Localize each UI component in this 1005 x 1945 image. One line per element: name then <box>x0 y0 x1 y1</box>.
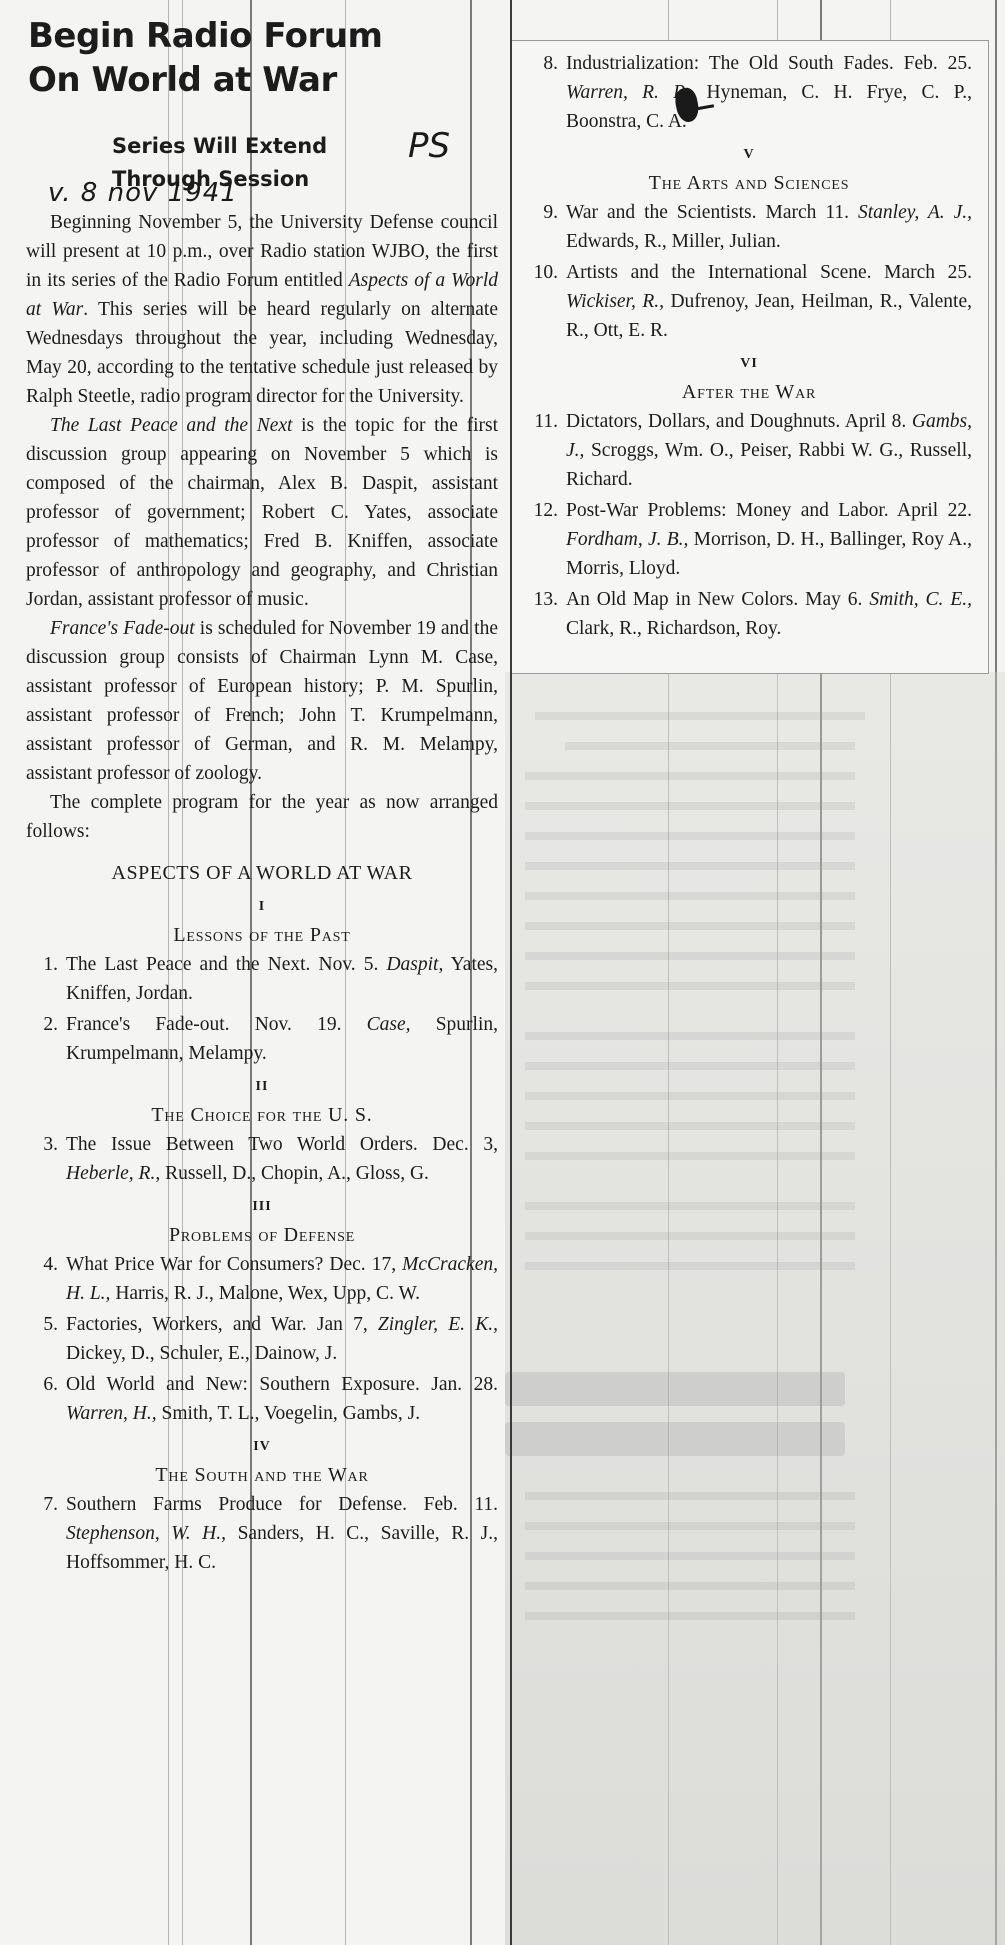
program-item-text: Factories, Workers, and War. Jan 7, Zing… <box>66 1310 498 1368</box>
article-clipping-right: 8.Industrialization: The Old South Fades… <box>512 40 989 674</box>
program-item-number: 9. <box>526 198 566 256</box>
section-numeral: IV <box>26 1434 498 1460</box>
text-run: . This series will be heard regularly on… <box>26 299 498 407</box>
italic-text: Wickiser, R., <box>566 291 664 312</box>
program-item-number: 11. <box>526 407 566 494</box>
article-paragraph: Beginning November 5, the University Def… <box>26 208 498 411</box>
program-item-text: France's Fade-out. Nov. 19. Case, Spurli… <box>66 1010 498 1068</box>
program-item: 11.Dictators, Dollars, and Doughnuts. Ap… <box>526 407 972 494</box>
italic-text: Smith, C. E., <box>869 589 972 610</box>
headline-line-2: On World at War <box>28 58 382 102</box>
text-run: Russell, D., Chopin, A., Gloss, G. <box>160 1163 429 1184</box>
program-item-number: 13. <box>526 585 566 643</box>
program-items: 8.Industrialization: The Old South Fades… <box>526 49 972 136</box>
section-title: The Choice for the U. S. <box>26 1100 498 1130</box>
italic-text: Warren, H., <box>66 1403 157 1424</box>
program-items: 4.What Price War for Consumers? Dec. 17,… <box>26 1250 498 1428</box>
program-item-number: 12. <box>526 496 566 583</box>
program-item-number: 8. <box>526 49 566 136</box>
text-run: War and the Scientists. March 11. <box>566 202 858 223</box>
text-run: Clark, R., Richardson, Roy. <box>566 618 781 639</box>
text-run: Dictators, Dollars, and Doughnuts. April… <box>566 411 912 432</box>
headline-line-1: Begin Radio Forum <box>28 14 382 58</box>
program-item-number: 4. <box>26 1250 66 1308</box>
program-item-number: 7. <box>26 1490 66 1577</box>
section-title: The Arts and Sciences <box>526 168 972 198</box>
program-section: IVThe South and the War7.Southern Farms … <box>26 1434 498 1577</box>
section-title: Problems of Defense <box>26 1220 498 1250</box>
program-item-text: War and the Scientists. March 11. Stanle… <box>566 198 972 256</box>
text-run: Industrialization: The Old South Fades. … <box>566 53 972 74</box>
program-list-left: ILessons of the Past1.The Last Peace and… <box>26 894 498 1577</box>
program-item-number: 10. <box>526 258 566 345</box>
italic-text: France's Fade-out <box>50 618 195 639</box>
program-item-number: 5. <box>26 1310 66 1368</box>
italic-text: Daspit, <box>386 954 443 975</box>
program-section: VThe Arts and Sciences9.War and the Scie… <box>526 142 972 345</box>
section-title: The South and the War <box>26 1460 498 1490</box>
program-item-text: Artists and the International Scene. Mar… <box>566 258 972 345</box>
program-item-text: Southern Farms Produce for Defense. Feb.… <box>66 1490 498 1577</box>
italic-text: The Last Peace and the Next <box>50 415 292 436</box>
headline: Begin Radio Forum On World at War <box>28 14 382 102</box>
program-item: 4.What Price War for Consumers? Dec. 17,… <box>26 1250 498 1308</box>
text-run: Harris, R. J., Malone, Wex, Upp, C. W. <box>110 1283 420 1304</box>
subhead-line-1: Series Will Extend <box>112 130 327 163</box>
section-numeral: III <box>26 1194 498 1220</box>
article-paragraph: France's Fade-out is scheduled for Novem… <box>26 614 498 788</box>
section-title: Lessons of the Past <box>26 920 498 950</box>
bleed-through-region <box>505 672 1005 1945</box>
program-item: 1.The Last Peace and the Next. Nov. 5. D… <box>26 950 498 1008</box>
program-item-number: 1. <box>26 950 66 1008</box>
article-paragraph: The Last Peace and the Next is the topic… <box>26 411 498 614</box>
article-paragraph: The complete program for the year as now… <box>26 788 498 846</box>
program-item-text: Industrialization: The Old South Fades. … <box>566 49 972 136</box>
section-numeral: I <box>26 894 498 920</box>
article-body: Beginning November 5, the University Def… <box>26 208 498 1579</box>
italic-text: Warren, R. P., <box>566 82 692 103</box>
program-items: 1.The Last Peace and the Next. Nov. 5. D… <box>26 950 498 1068</box>
program-item-text: The Issue Between Two World Orders. Dec.… <box>66 1130 498 1188</box>
program-section: IIThe Choice for the U. S.3.The Issue Be… <box>26 1074 498 1188</box>
program-item-number: 3. <box>26 1130 66 1188</box>
program-item: 7.Southern Farms Produce for Defense. Fe… <box>26 1490 498 1577</box>
program-item-text: An Old Map in New Colors. May 6. Smith, … <box>566 585 972 643</box>
program-item-text: What Price War for Consumers? Dec. 17, M… <box>66 1250 498 1308</box>
program-items: 3.The Issue Between Two World Orders. De… <box>26 1130 498 1188</box>
italic-text: Heberle, R., <box>66 1163 160 1184</box>
program-item-text: Post-War Problems: Money and Labor. Apri… <box>566 496 972 583</box>
program-items: 11.Dictators, Dollars, and Doughnuts. Ap… <box>526 407 972 643</box>
handwritten-annotation-ps: PS <box>408 126 450 166</box>
article-paragraphs: Beginning November 5, the University Def… <box>26 208 498 846</box>
text-run: The Issue Between Two World Orders. Dec.… <box>66 1134 498 1155</box>
text-run: What Price War for Consumers? Dec. 17, <box>66 1254 402 1275</box>
program-item: 6.Old World and New: Southern Exposure. … <box>26 1370 498 1428</box>
program-item-number: 2. <box>26 1010 66 1068</box>
section-title: After the War <box>526 377 972 407</box>
program-section: ILessons of the Past1.The Last Peace and… <box>26 894 498 1068</box>
section-numeral: V <box>526 142 972 168</box>
italic-text: Stephenson, W. H., <box>66 1523 226 1544</box>
program-item: 9.War and the Scientists. March 11. Stan… <box>526 198 972 256</box>
program-item-number: 6. <box>26 1370 66 1428</box>
program-item: 3.The Issue Between Two World Orders. De… <box>26 1130 498 1188</box>
text-run: Old World and New: Southern Exposure. Ja… <box>66 1374 498 1395</box>
text-run: Southern Farms Produce for Defense. Feb.… <box>66 1494 498 1515</box>
program-items: 9.War and the Scientists. March 11. Stan… <box>526 198 972 345</box>
section-numeral: II <box>26 1074 498 1100</box>
italic-text: Stanley, A. J., <box>858 202 972 223</box>
text-run: France's Fade-out. Nov. 19. <box>66 1014 367 1035</box>
text-run: Scroggs, Wm. O., Peiser, Rabbi W. G., Ru… <box>566 440 972 490</box>
text-run: Factories, Workers, and War. Jan 7, <box>66 1314 378 1335</box>
program-section: VIAfter the War11.Dictators, Dollars, an… <box>526 351 972 643</box>
program-item-text: Dictators, Dollars, and Doughnuts. April… <box>566 407 972 494</box>
text-run: The Last Peace and the Next. Nov. 5. <box>66 954 386 975</box>
program-item: 12.Post-War Problems: Money and Labor. A… <box>526 496 972 583</box>
text-run: Artists and the International Scene. Mar… <box>566 262 972 283</box>
article-clipping-left: Begin Radio Forum On World at War Series… <box>0 0 512 1945</box>
section-numeral: VI <box>526 351 972 377</box>
text-run: Post-War Problems: Money and Labor. Apri… <box>566 500 972 521</box>
italic-text: Fordham, J. B., <box>566 529 688 550</box>
program-title: ASPECTS OF A WORLD AT WAR <box>26 858 498 888</box>
program-item: 13.An Old Map in New Colors. May 6. Smit… <box>526 585 972 643</box>
text-run: Smith, T. L., Voegelin, Gambs, J. <box>157 1403 420 1424</box>
text-run: The complete program for the year as now… <box>26 792 498 842</box>
handwritten-annotation-date: v. 8 nov 1941 <box>48 178 238 208</box>
text-run: Edwards, R., Miller, Julian. <box>566 231 781 252</box>
text-run: is the topic for the first discussion gr… <box>26 415 498 610</box>
program-item: 2.France's Fade-out. Nov. 19. Case, Spur… <box>26 1010 498 1068</box>
scanned-page: Begin Radio Forum On World at War Series… <box>0 0 1005 1945</box>
program-item: 10.Artists and the International Scene. … <box>526 258 972 345</box>
program-section: IIIProblems of Defense4.What Price War f… <box>26 1194 498 1428</box>
program-item: 5.Factories, Workers, and War. Jan 7, Zi… <box>26 1310 498 1368</box>
program-items: 7.Southern Farms Produce for Defense. Fe… <box>26 1490 498 1577</box>
text-run: Dickey, D., Schuler, E., Dainow, J. <box>66 1343 337 1364</box>
text-run: An Old Map in New Colors. May 6. <box>566 589 869 610</box>
program-item-text: Old World and New: Southern Exposure. Ja… <box>66 1370 498 1428</box>
program-list-right: 8.Industrialization: The Old South Fades… <box>526 49 972 645</box>
italic-text: Case, <box>367 1014 411 1035</box>
italic-text: Zingler, E. K., <box>378 1314 498 1335</box>
program-item-text: The Last Peace and the Next. Nov. 5. Das… <box>66 950 498 1008</box>
text-run: is scheduled for November 19 and the dis… <box>26 618 498 784</box>
program-item: 8.Industrialization: The Old South Fades… <box>526 49 972 136</box>
